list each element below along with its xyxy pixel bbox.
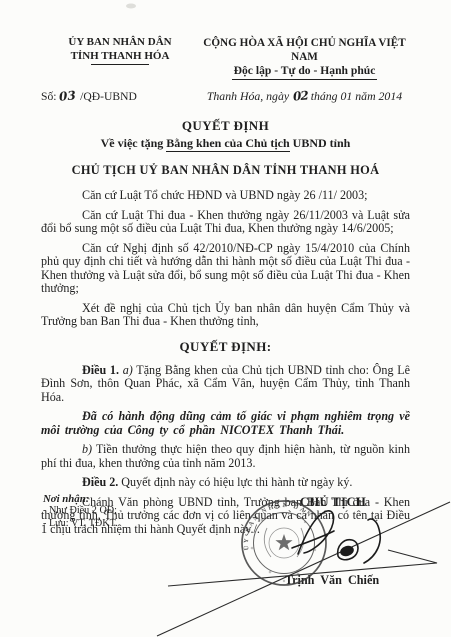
dateline-prefix: Thanh Hóa, ngày bbox=[207, 89, 292, 103]
preamble-paragraph: Căn cứ Luật Tổ chức HĐND và UBND ngày 26… bbox=[41, 189, 410, 203]
recipients-label: Nơi nhận: bbox=[43, 493, 118, 505]
scanned-decision-document: ỦY BAN NHÂN DÂN TỈNH THANH HÓA CỘNG HÒA … bbox=[0, 0, 451, 637]
signer-title: CHỦ TỊCH bbox=[283, 495, 383, 510]
document-subject: Về việc tặng Bằng khen của Chủ tịch UBND… bbox=[41, 136, 410, 150]
recipients-block: Nơi nhận: - Như Điều 2 QĐ; - Lưu: VT, TĐ… bbox=[43, 493, 118, 530]
document-title: QUYẾT ĐỊNH bbox=[41, 118, 410, 134]
document-number-label: Số: bbox=[41, 90, 56, 103]
org-name-line2: TỈNH THANH HÓA bbox=[41, 50, 199, 64]
document-number-suffix: /QĐ-UBND bbox=[80, 90, 137, 103]
preamble-paragraph: Căn cứ Nghị định số 42/2010/NĐ-CP ngày 1… bbox=[41, 242, 410, 296]
article-2-text: Quyết định này có hiệu lực thi hành từ n… bbox=[118, 475, 352, 489]
seal-star-icon bbox=[275, 534, 292, 550]
signature-ink-blot bbox=[339, 544, 355, 558]
national-motto-line1: CỘNG HÒA XÃ HỘI CHỦ NGHĨA VIỆT NAM bbox=[199, 36, 410, 64]
article-1-item-a-label: a) bbox=[119, 363, 133, 377]
article-1-paragraph: Điều 1. a) Tặng Bằng khen của Chủ tịch U… bbox=[41, 364, 410, 405]
signer-name: Trịnh Văn Chiến bbox=[262, 573, 402, 588]
article-2-label: Điều 2. bbox=[82, 475, 118, 489]
document-number-handwritten: 03 bbox=[59, 90, 77, 101]
article-1-item-b-text: Tiền thưởng thực hiện theo quy định hiện… bbox=[41, 442, 410, 470]
org-name-line1: ỦY BAN NHÂN DÂN bbox=[41, 36, 199, 50]
article-2-paragraph: Điều 2. Quyết định này có hiệu lực thi h… bbox=[41, 476, 410, 490]
title-block: QUYẾT ĐỊNH Về việc tặng Bằng khen của Ch… bbox=[41, 118, 410, 150]
org-underline-rule bbox=[91, 64, 149, 65]
subject-prefix: Về việc tặng bbox=[101, 136, 167, 150]
document-header: ỦY BAN NHÂN DÂN TỈNH THANH HÓA CỘNG HÒA … bbox=[41, 36, 410, 80]
preamble-paragraph: Xét đề nghị của Chủ tịch Ủy ban nhân dân… bbox=[41, 302, 410, 329]
decision-heading: QUYẾT ĐỊNH: bbox=[41, 339, 410, 355]
subject-underlined: Bằng khen của Chủ tịch bbox=[166, 136, 289, 152]
document-number: Số:03/QĐ-UBND bbox=[41, 90, 199, 103]
dateline-suffix: tháng 01 năm 2014 bbox=[308, 89, 402, 103]
article-1-item-b-label: b) bbox=[82, 442, 92, 456]
national-header-block: CỘNG HÒA XÃ HỘI CHỦ NGHĨA VIỆT NAM Độc l… bbox=[199, 36, 410, 80]
dateline: Thanh Hóa, ngày 02 tháng 01 năm 2014 bbox=[199, 89, 410, 104]
commendation-paragraph: Đã có hành động dũng cảm tố giác vi phạm… bbox=[41, 410, 410, 437]
issuing-org-block: ỦY BAN NHÂN DÂN TỈNH THANH HÓA bbox=[41, 36, 199, 80]
subject-suffix: UBND tỉnh bbox=[290, 136, 351, 150]
document-body: Căn cứ Luật Tổ chức HĐND và UBND ngày 26… bbox=[41, 189, 410, 536]
dateline-day-handwritten: 02 bbox=[293, 90, 309, 101]
recipient-item: - Như Điều 2 QĐ; bbox=[43, 505, 118, 517]
article-1-item-b-paragraph: b) Tiền thưởng thực hiện theo quy định h… bbox=[41, 443, 410, 470]
national-motto-line2: Độc lập - Tự do - Hạnh phúc bbox=[232, 64, 378, 80]
reference-row: Số:03/QĐ-UBND Thanh Hóa, ngày 02 tháng 0… bbox=[41, 89, 410, 104]
issuing-authority: CHỦ TỊCH UỶ BAN NHÂN DÂN TỈNH THANH HOÁ bbox=[41, 163, 410, 178]
document-content: ỦY BAN NHÂN DÂN TỈNH THANH HÓA CỘNG HÒA … bbox=[0, 0, 451, 536]
recipient-item: - Lưu: VT, TĐKT. bbox=[43, 518, 118, 530]
article-1-label: Điều 1. bbox=[82, 363, 119, 377]
preamble-paragraph: Căn cứ Luật Thi đua - Khen thưởng ngày 2… bbox=[41, 209, 410, 236]
